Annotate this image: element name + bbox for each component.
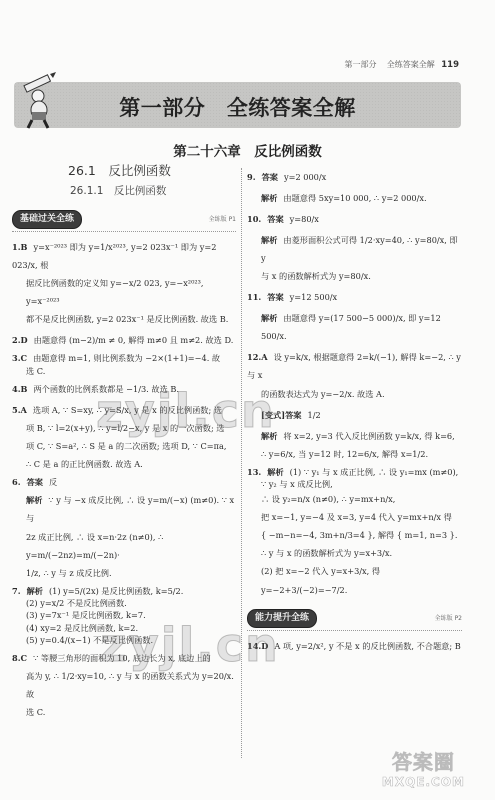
item-line: (1) y=5/(2x) 是反比例函数, k=5/2. [49,586,183,596]
item-number: 10. [247,214,261,224]
analysis-label: 解析 [261,431,277,441]
item-line: ∵ y₂ 与 x 成反比例, [247,478,462,490]
variant-analysis: 解析将 x=2, y=3 代入反比例函数 y=k/x, 得 k=6, ∴ y=6… [247,427,462,463]
item-line: ∵ y 与 −x 成反比例, ∴ 设 y=m/(−x) (m≠0). ∵ x 与 [26,495,234,523]
answer-label: 答案 [27,477,43,487]
answer-item-7: 7.解析(1) y=5/(2x) 是反比例函数, k=5/2. (2) y=x/… [12,585,236,646]
item-number: 9. [247,172,256,182]
item-number: 5.A [12,405,27,415]
item-line: ∴ y=6/x, 当 y=12 时, 12=6/x, 解得 x=1/2. [261,445,462,463]
page-number: 119 [441,60,459,70]
item-number: 11. [247,292,261,302]
variant-answer: [变式]答案1/2 [247,406,462,424]
item-line: 选 C. [12,365,236,377]
item-line: A 项, y=2/x², y 不是 x 的反比例函数, 不合题意; B [274,641,460,651]
answer-item-1: 1.By=x⁻²⁰²³ 即为 y=1/x²⁰²³, y=2 023x⁻¹ 即为 … [12,238,236,328]
analysis-item-10: 解析由菱形面积公式可得 1/2·xy=40, ∴ y=80/x, 即 y 与 x… [247,231,462,285]
item-line: 高为 y, ∴ 1/2·xy=10, ∴ y 与 x 的函数关系式为 y=20/… [12,667,236,703]
left-column: 26.1 反比例函数 26.1.1 反比例函数 基础过关全练 全练版 P1 1.… [12,162,236,724]
item-line: 两个函数的比例系数都是 −1/3. 故选 B. [33,384,179,394]
item-line: y=2 000/x [284,172,326,182]
chapter-title: 第二十六章 反比例函数 [0,140,495,160]
item-line: 的函数表达式为 y=−2/x. 故选 A. [247,385,462,403]
answer-label: 答案 [262,172,278,182]
answer-item-3: 3.C由题意得 m=1, 则比例系数为 −2×(1+1)=−4. 故 选 C. [12,352,236,377]
answer-item-5: 5.A选项 A, ∵ S=xy, ∴ y=S/x, y 是 x 的反比例函数; … [12,401,236,473]
item-line: ∵ 等腰三角形的面积为 10, 底边长为 x, 底边上的 [33,653,211,663]
answer-item-14: 14.DA 项, y=2/x², y 不是 x 的反比例函数, 不合题意; B [247,637,462,655]
corner-logo-en: MXQE.COM [382,775,465,789]
running-header-part: 第一部分 [345,60,377,69]
answer-item-2: 2.D由题意得 (m−2)/m ≠ 0, 解得 m≠0 且 m≠2. 故选 D. [12,331,236,349]
item-line: (2) y=x/2 不是反比例函数. [12,597,236,609]
answer-label: 答案 [267,214,283,224]
item-number: 13. [247,467,261,477]
item-line: 1/2 [308,410,321,420]
variant-answer-label: [变式]答案 [261,410,302,420]
item-number: 4.B [12,384,27,394]
subsection-heading: 26.1.1 反比例函数 [70,184,236,200]
item-line: 据反比例函数的定义知 y=−x/2 023, y=−x²⁰²³, y=x⁻²⁰²… [12,274,236,310]
analysis-label: 解析 [261,193,277,203]
item-line: y=80/x [290,214,319,224]
item-line: 设 y=k/x, 根据题意得 2=k/(−1), 解得 k=−2, ∴ y 与 … [247,352,461,380]
analysis-label: 解析 [267,467,283,477]
item-line: 2z 成正比例, ∴ 设 x=n·2z (n≠0), ∴ y=m/(−2nz)=… [26,528,236,564]
item-line: 由题意得 5xy=10 000, ∴ y=2 000/x. [283,193,426,203]
corner-logo: 答案圈 MXQE.COM [382,746,465,789]
answer-label: 答案 [267,292,283,302]
analysis-label: 解析 [261,313,277,323]
item-line: ∴ 设 y₂=n/x (n≠0), ∴ y=mx+n/x, [247,490,462,508]
item-line: (2) 把 x=−2 代入 y=x+3/x, 得 y=−2+3/(−2)=−7/… [247,562,462,598]
running-header-section: 全练答案全解 [387,60,435,69]
right-column: 9.答案y=2 000/x 解析由题意得 5xy=10 000, ∴ y=2 0… [247,168,462,658]
equation-system: { −m−n=−4, 3m+n/3=4 }, 解得 { m=1, n=3 }. [247,526,462,544]
answer-item-12: 12.A设 y=k/x, 根据题意得 2=k/(−1), 解得 k=−2, ∴ … [247,348,462,402]
item-line: (5) y=0.4/(x−1) 不是反比例函数. [12,634,236,646]
answer-item-6: 6.答案反 [12,476,236,488]
item-line: 项 C, ∵ S=a², ∴ S 是 a 的二次函数; 选项 D, ∵ C=πa… [12,437,236,455]
item-line: 由菱形面积公式可得 1/2·xy=40, ∴ y=80/x, 即 y [261,235,458,263]
practice-label-advanced: 能力提升全练 [247,609,317,629]
analysis-label: 解析 [26,495,42,505]
practice-ref-basic: 全练版 P1 [209,215,236,224]
item-line: (1) ∵ y₁ 与 x 成正比例, ∴ 设 y₁=mx (m≠0), [290,467,459,477]
item-number: 7. [12,586,21,596]
item-line: (3) y=7x⁻¹ 是反比例函数, k=7. [12,609,236,621]
practice-bar-advanced: 能力提升全练 全练版 P2 [247,609,462,632]
answer-item-11: 11.答案y=12 500/x [247,288,462,306]
item-line: 与 x 的函数解析式为 y=80/x. [261,267,462,285]
analysis-label: 解析 [27,586,43,596]
item-line: 都不是反比例函数, y=2 023x⁻¹ 是反比例函数. 故选 B. [12,310,236,328]
item-line: 由题意得 (m−2)/m ≠ 0, 解得 m≠0 且 m≠2. 故选 D. [34,335,234,345]
answer-item-10: 10.答案y=80/x [247,210,462,228]
answer-item-9: 9.答案y=2 000/x [247,168,462,186]
section-heading: 26.1 反比例函数 [68,162,236,181]
item-line: 由题意得 m=1, 则比例系数为 −2×(1+1)=−4. 故 [33,353,220,363]
practice-ref-advanced: 全练版 P2 [435,614,462,623]
item-line: 反 [49,477,57,487]
item-line: y=12 500/x [290,292,338,302]
item-line: 将 x=2, y=3 代入反比例函数 y=k/x, 得 k=6, [283,431,454,441]
banner-title: 第一部分 全练答案全解 [14,92,461,122]
item-number: 2.D [12,335,28,345]
item-line: 把 x=−1, y=−4 及 x=3, y=4 代入 y=mx+n/x 得 [247,508,462,526]
analysis-item-9: 解析由题意得 5xy=10 000, ∴ y=2 000/x. [247,189,462,207]
item-number: 12.A [247,352,268,362]
answer-item-8: 8.C∵ 等腰三角形的面积为 10, 底边长为 x, 底边上的 高为 y, ∴ … [12,649,236,721]
analysis-item-6: 解析∵ y 与 −x 成反比例, ∴ 设 y=m/(−x) (m≠0). ∵ x… [12,491,236,581]
running-header: 第一部分 全练答案全解 119 [345,59,459,70]
item-line: y=x⁻²⁰²³ 即为 y=1/x²⁰²³, y=2 023x⁻¹ 即为 y=2… [12,242,216,270]
item-line: 1/z, ∴ y 与 z 成反比例. [26,564,236,582]
item-line: 项 B, ∵ l=2(x+y), ∴ y=l/2−x, y 是 x 的一次函数;… [12,419,236,437]
column-divider [241,168,242,758]
item-line: (4) xy=2 是反比例函数, k=2. [12,622,236,634]
item-line: 选项 A, ∵ S=xy, ∴ y=S/x, y 是 x 的反比例函数; 选 [33,405,222,415]
item-line: 由题意得 y=(17 500−5 000)/x, 即 y=12 500/x. [261,313,441,341]
practice-bar-basic: 基础过关全练 全练版 P1 [12,210,236,233]
corner-logo-cn: 答案圈 [382,746,465,775]
item-number: 6. [12,477,21,487]
answer-item-13: 13.解析(1) ∵ y₁ 与 x 成正比例, ∴ 设 y₁=mx (m≠0),… [247,466,462,599]
pencil-mascot-icon [22,72,58,130]
item-line: ∴ y 与 x 的函数解析式为 y=x+3/x. [247,544,462,562]
item-number: 8.C [12,653,27,663]
item-number: 1.B [12,242,27,252]
answer-item-4: 4.B两个函数的比例系数都是 −1/3. 故选 B. [12,380,236,398]
item-line: ∴ C 是 a 的正比例函数. 故选 A. [12,455,236,473]
practice-label-basic: 基础过关全练 [12,210,82,230]
item-line: 选 C. [12,703,236,721]
analysis-label: 解析 [261,235,277,245]
part-banner: 第一部分 全练答案全解 [14,82,461,128]
item-number: 3.C [12,353,27,363]
item-number: 14.D [247,641,268,651]
analysis-item-11: 解析由题意得 y=(17 500−5 000)/x, 即 y=12 500/x. [247,309,462,345]
